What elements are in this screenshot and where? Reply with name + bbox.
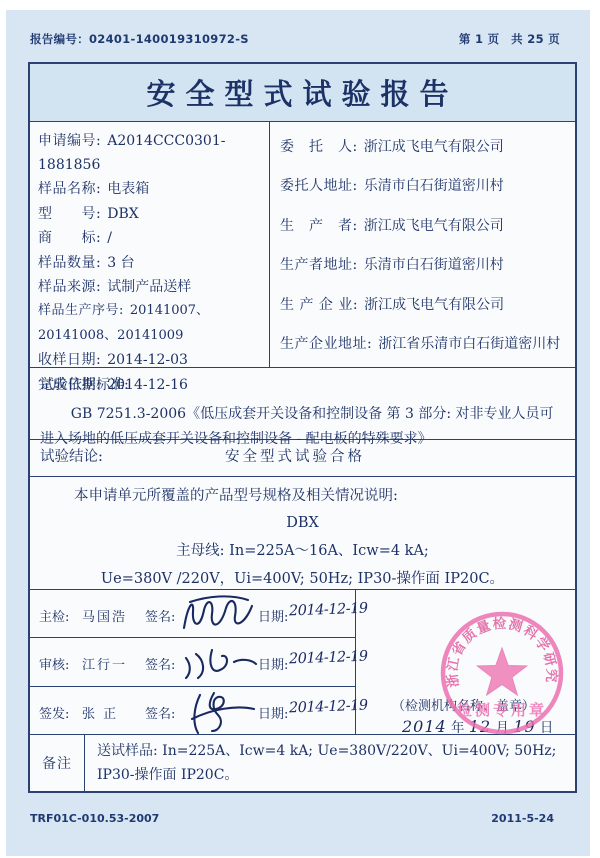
field-model: 型 号:DBX xyxy=(38,202,261,226)
conclusion-value: 安全型式试验合格 xyxy=(225,440,365,475)
remark-row: 备注 送试样品: In=225A、Icw=4 kA; Ue=380V/220V、… xyxy=(30,735,575,791)
standard-row: 试验依据标准: GB 7251.3-2006《低压成套开关设备和控制设备 第 3… xyxy=(30,368,575,440)
conclusion-row: 试验结论: 安全型式试验合格 xyxy=(30,440,575,478)
remark-label: 备注 xyxy=(30,735,85,791)
signoff-row-reviewer: 审核: 江行一 签名: 日期: 2014-12-19 xyxy=(30,638,355,686)
seal-star-icon xyxy=(477,648,526,695)
seal-purpose-text: 检测专用章 xyxy=(457,701,547,719)
signoff-section: 主检: 马国浩 签名: 日期: 2014-12-19 审核: 江行一 签名: xyxy=(30,590,575,735)
field-serial-numbers: 样品生产序号:20141007、20141008、20141009 xyxy=(38,299,261,348)
field-producer: 生 产 者:浙江成飞电气有限公司 xyxy=(280,207,565,247)
date-label: 日期: xyxy=(258,606,288,625)
field-client-address: 委托人地址:乐清市白石街道密川村 xyxy=(280,167,565,207)
official-seal-stamp: 浙江省质量检测科学研究院 检测专用章 xyxy=(433,602,571,740)
date-label: 日期: xyxy=(258,703,288,722)
field-trademark: 商 标:/ xyxy=(38,226,261,250)
title-row: 安全型式试验报告 xyxy=(30,64,575,122)
field-manufacturer-address: 生产企业地址:浙江省乐清市白石街道密川村 xyxy=(280,325,565,365)
signature-label: 签名: xyxy=(145,654,175,673)
form-number: TRF01C-010.53-2007 xyxy=(30,812,159,825)
role-label: 签发: xyxy=(39,703,69,722)
remark-text: 送试样品: In=225A、Icw=4 kA; Ue=380V/220V、Ui=… xyxy=(85,735,575,791)
coverage-busbar-spec: 主母线: In=225A～16A、Icw=4 kA; xyxy=(30,537,575,565)
coverage-model: DBX xyxy=(30,509,575,537)
field-sample-source: 样品来源:试制产品送样 xyxy=(38,275,261,299)
sample-info-cell: 申请编号:A2014CCC0301-1881856 样品名称:电表箱 型 号:D… xyxy=(30,122,270,367)
reviewer-signature xyxy=(178,640,260,684)
signature-label: 签名: xyxy=(145,703,175,722)
coverage-voltage-spec: Ue=380V /220V，Ui=400V; 50Hz; IP30-操作面 IP… xyxy=(30,565,575,593)
field-manufacturer: 生 产 企 业:浙江成飞电气有限公司 xyxy=(280,286,565,326)
reviewer-name: 江行一 xyxy=(82,654,127,673)
page-title: 安全型式试验报告 xyxy=(146,72,458,113)
form-revision-date: 2011-5-24 xyxy=(491,812,554,825)
role-label: 审核: xyxy=(39,654,69,673)
role-label: 主检: xyxy=(39,606,69,625)
date-label: 日期: xyxy=(258,654,288,673)
report-table: 安全型式试验报告 申请编号:A2014CCC0301-1881856 样品名称:… xyxy=(28,62,577,793)
signoff-rows: 主检: 马国浩 签名: 日期: 2014-12-19 审核: 江行一 签名: xyxy=(30,590,356,734)
page-indicator: 第 1 页 共 25 页 xyxy=(459,31,560,47)
field-application-no: 申请编号:A2014CCC0301-1881856 xyxy=(38,129,261,178)
field-quantity: 样品数量:3 台 xyxy=(38,251,261,275)
signature-label: 签名: xyxy=(145,606,175,625)
signoff-row-issuer: 签发: 张 正 签名: 日期: 2014-12-19 xyxy=(30,687,355,734)
issuer-signature xyxy=(178,689,260,735)
field-sample-name: 样品名称:电表箱 xyxy=(38,177,261,201)
inspector-name: 马国浩 xyxy=(82,606,127,625)
client-info-cell: 委 托 人:浙江成飞电气有限公司 委托人地址:乐清市白石街道密川村 生 产 者:… xyxy=(270,122,575,367)
issuer-name: 张 正 xyxy=(82,703,118,722)
info-row: 申请编号:A2014CCC0301-1881856 样品名称:电表箱 型 号:D… xyxy=(30,122,575,368)
stamp-cell: 浙江省质量检测科学研究院 检测专用章 （检测机构名称、盖章） 2014 年 12… xyxy=(356,590,575,734)
report-number: 报告编号：02401-140019310972-S xyxy=(30,31,249,47)
report-number-label: 报告编号： xyxy=(30,32,89,46)
report-number-value: 02401-140019310972-S xyxy=(89,32,249,46)
inspector-signature xyxy=(178,592,260,636)
report-page: 报告编号：02401-140019310972-S 第 1 页 共 25 页 安… xyxy=(0,0,600,858)
conclusion-label: 试验结论: xyxy=(40,440,103,475)
signoff-row-inspector: 主检: 马国浩 签名: 日期: 2014-12-19 xyxy=(30,590,355,638)
coverage-row: 本申请单元所覆盖的产品型号规格及相关情况说明: DBX 主母线: In=225A… xyxy=(30,477,575,590)
coverage-heading: 本申请单元所覆盖的产品型号规格及相关情况说明: xyxy=(30,483,575,509)
field-producer-address: 生产者地址:乐清市白石街道密川村 xyxy=(280,246,565,286)
field-client: 委 托 人:浙江成飞电气有限公司 xyxy=(280,128,565,168)
standard-label: 试验依据标准: xyxy=(40,374,565,394)
